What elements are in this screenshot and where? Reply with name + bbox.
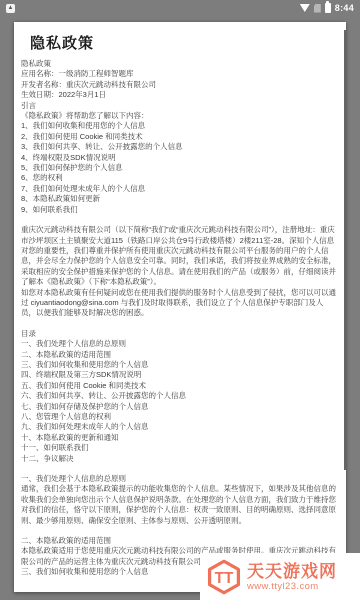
policy-text-line: 二、本隐私政策的适用范围 <box>21 350 338 360</box>
privacy-policy-document[interactable]: 隐私政策 隐私政策应用名称：一级消防工程师智题库开发者名称：重庆次元跳动科技有限… <box>14 22 346 592</box>
battery-icon <box>325 3 331 13</box>
status-bar-right: 8:44 <box>300 3 354 13</box>
policy-text-line: 九、我们如何处理未成年人的个人信息 <box>21 422 338 432</box>
notification-app-icon: ▲ <box>6 4 15 13</box>
policy-text-line: 八、您管理个人信息的权利 <box>21 412 338 422</box>
policy-text-line: 重庆次元跳动科技有限公司（以下简称“我们”或“重庆次元跳动科技有限公司”），注册… <box>21 225 338 287</box>
policy-text-line: 五、我们如何使用 Cookie 和同类技术 <box>21 381 338 391</box>
policy-text-line: 应用名称：一级消防工程师智题库 <box>21 69 338 79</box>
status-time: 8:44 <box>335 3 354 13</box>
policy-text-line: 2、我们如何使用 Cookie 和同类技术 <box>21 132 338 142</box>
ttyl-logo-icon: TT <box>206 559 242 595</box>
policy-text-line: 一、我们处理个人信息的总原则 <box>21 474 338 484</box>
policy-text-line: 5、我们如何保护您的个人信息 <box>21 163 338 173</box>
wifi-icon <box>300 4 310 12</box>
policy-text-line: 6、您的权利 <box>21 173 338 183</box>
policy-text-line: 一、我们处理个人信息的总原则 <box>21 339 338 349</box>
status-bar: ▲ 8:44 <box>0 0 360 16</box>
watermark: TT 天天游戏网 www.ttyl23.com <box>200 553 360 600</box>
policy-text-line: 开发者名称：重庆次元跳动科技有限公司 <box>21 80 338 90</box>
policy-text-line: 8、本隐私政策如何更新 <box>21 194 338 204</box>
policy-text-line: 十、本隐私政策的更新和通知 <box>21 433 338 443</box>
policy-text-line: 7、我们如何处理未成年人的个人信息 <box>21 184 338 194</box>
policy-text-line: 二、本隐私政策的适用范围 <box>21 536 338 546</box>
policy-content: 隐私政策应用名称：一级消防工程师智题库开发者名称：重庆次元跳动科技有限公司生效日… <box>21 59 338 578</box>
policy-text-line: 三、我们如何收集和使用您的个人信息 <box>21 360 338 370</box>
logo-monogram: TT <box>215 569 234 586</box>
policy-text-line: 引言 <box>21 101 338 111</box>
watermark-site-url: www.ttyl23.com <box>247 581 337 592</box>
policy-text-line: 《隐私政策》将帮助您了解以下内容： <box>21 111 338 121</box>
policy-text-line: 十二、争议解决 <box>21 454 338 464</box>
policy-text-line: 3、我们如何共享、转让、公开披露您的个人信息 <box>21 142 338 152</box>
scrollbar-thumb[interactable] <box>344 30 346 470</box>
status-bar-left: ▲ <box>6 4 15 13</box>
policy-text-line: 隐私政策 <box>21 59 338 69</box>
policy-text-line: 4、终端权限及SDK情况说明 <box>21 153 338 163</box>
policy-text-line: 目录 <box>21 329 338 339</box>
policy-text-line: 四、终端权限及第三方SDK情况说明 <box>21 370 338 380</box>
page-title: 隐私政策 <box>30 32 338 53</box>
policy-text-line: 六、我们如何共享、转让、公开披露您的个人信息 <box>21 391 338 401</box>
policy-text-line: 十一、如何联系我们 <box>21 443 338 453</box>
policy-text-line: 生效日期：2022年3月1日 <box>21 90 338 100</box>
policy-text-line: 如您对本隐私政策有任何疑问或您在使用我们提供的服务时个人信息受到了侵扰，您可以可… <box>21 288 338 319</box>
policy-text-line: 9、如何联系我们 <box>21 205 338 215</box>
policy-text-line: 1、我们如何收集和使用您的个人信息 <box>21 121 338 131</box>
policy-text-line: 通常，我们会基于本隐私政策提示的功能收集您的个人信息。某些情况下，如果涉及其他信… <box>21 484 338 526</box>
policy-text-line: 七、我们如何存储及保护您的个人信息 <box>21 402 338 412</box>
watermark-site-name: 天天游戏网 <box>247 562 337 581</box>
watermark-text: 天天游戏网 www.ttyl23.com <box>247 562 337 592</box>
sim-icon <box>314 4 321 13</box>
